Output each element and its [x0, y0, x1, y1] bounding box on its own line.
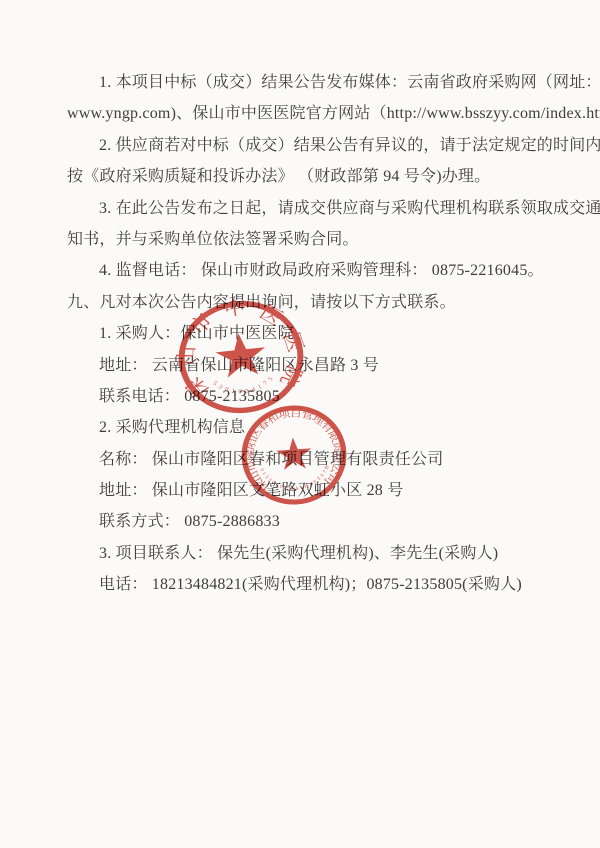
- document-line: 1. 采购人：保山市中医医院: [67, 318, 555, 349]
- seal-star-icon: [214, 331, 268, 378]
- document-line: 电话： 18213484821(采购代理机构)；0875-2135805(采购人…: [67, 569, 555, 600]
- seal-code: 91530502MA6Q6ET07B: [258, 463, 333, 495]
- document-line: 地址： 云南省保山市隆阳区永昌路 3 号: [67, 350, 555, 381]
- document-line: www.yngp.com)、保山市中医医院官方网站（http://www.bss…: [67, 98, 555, 129]
- seal-star-icon: [275, 436, 313, 470]
- document-line: 3. 在此公告发布之日起，请成交供应商与采购代理机构联系领取成交通: [67, 193, 555, 224]
- document-line: 2. 供应商若对中标（成交）结果公告有异议的，请于法定规定的时间内，: [67, 130, 555, 161]
- document-line: 九、凡对本次公告内容提出询问，请按以下方式联系。: [67, 287, 555, 318]
- document-line: 1. 本项目中标（成交）结果公告发布媒体：云南省政府采购网（网址：: [67, 67, 555, 98]
- document-line: 3. 项目联系人： 保先生(采购代理机构)、李先生(采购人): [67, 538, 555, 569]
- svg-text:91530502MA6Q6ET07B: 91530502MA6Q6ET07B: [258, 463, 333, 495]
- document-page: 1. 本项目中标（成交）结果公告发布媒体：云南省政府采购网（网址：www.yng…: [0, 0, 600, 848]
- document-line: 4. 监督电话： 保山市财政局政府采购管理科： 0875-2216045。: [67, 255, 555, 286]
- document-line: 按《政府采购质疑和投诉办法》 （财政部第 94 号令)办理。: [67, 161, 555, 192]
- agency-official-seal: 保山市隆阳区春和项目管理有限责任公司 91530502MA6Q6ET07B: [234, 395, 354, 515]
- document-body: 1. 本项目中标（成交）结果公告发布媒体：云南省政府采购网（网址：www.yng…: [67, 67, 555, 601]
- document-line: 知书，并与采购单位依法签署采购合同。: [67, 224, 555, 255]
